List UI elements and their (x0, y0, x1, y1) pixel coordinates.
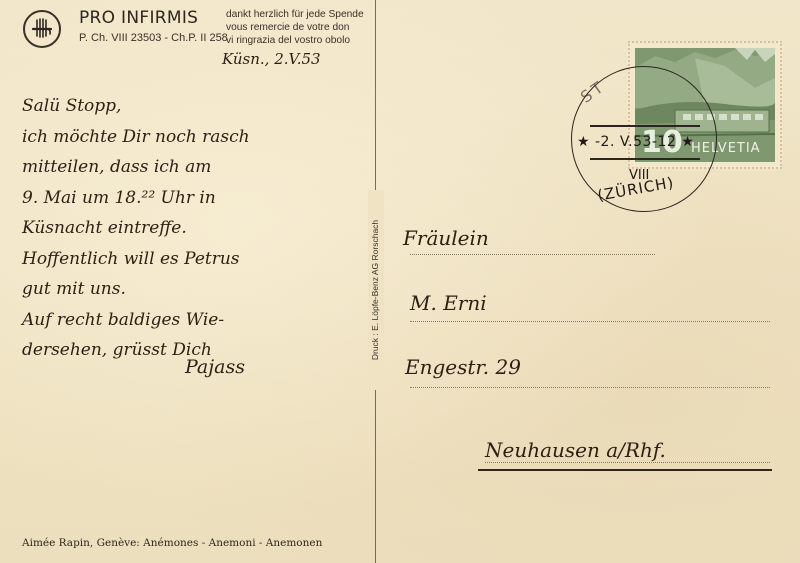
address-line-city: Neuhausen a/Rhf. (485, 438, 666, 462)
address-dotted-line (410, 253, 655, 255)
signature: Pajass (185, 356, 245, 378)
pro-infirmis-logo-icon (23, 10, 61, 48)
organization-name: PRO INFIRMIS (79, 8, 198, 28)
message-line: Hoffentlich will es Petrus (22, 244, 250, 275)
message-line: mitteilen, dass ich am (22, 152, 250, 183)
address-dotted-line (485, 461, 770, 463)
thanks-line-fr: vous remercie de votre don (226, 21, 364, 34)
address-dotted-line (410, 386, 770, 388)
message-line: Salü Stopp, (22, 91, 250, 122)
message-line: gut mit uns. (22, 274, 250, 305)
printer-imprint: Druck : E. Löpfe-Benz AG Rorschach (370, 220, 380, 360)
handwritten-place-date: Küsn., 2.V.53 (222, 50, 321, 68)
address-line-salutation: Fräulein (403, 226, 489, 250)
postal-account-numbers: P. Ch. VIII 23503 - Ch.P. II 258 (79, 32, 228, 44)
thanks-text: dankt herzlich für jede Spende vous reme… (226, 8, 364, 47)
address-line-street: Engestr. 29 (405, 355, 521, 379)
message-line: Auf recht baldiges Wie- (22, 305, 250, 336)
postmark-date: ★ -2. V.53-12 ★ (577, 134, 694, 150)
handwritten-message: Salü Stopp, ich möchte Dir noch rasch mi… (22, 91, 250, 366)
address-underline (478, 469, 772, 471)
postmark-bar-top (590, 125, 700, 127)
message-line: Küsnacht eintreffe. (22, 213, 250, 244)
postmark-bar-bottom (590, 158, 700, 160)
thanks-line-de: dankt herzlich für jede Spende (226, 8, 364, 21)
address-line-name: M. Erni (410, 291, 487, 315)
message-line: 9. Mai um 18.²² Uhr in (22, 183, 250, 214)
thanks-line-it: vi ringrazia del vostro obolo (226, 34, 364, 47)
artwork-credit: Aimée Rapin, Genève: Anémones - Anemoni … (22, 537, 322, 549)
address-dotted-line (410, 320, 770, 322)
message-line: ich möchte Dir noch rasch (22, 122, 250, 153)
